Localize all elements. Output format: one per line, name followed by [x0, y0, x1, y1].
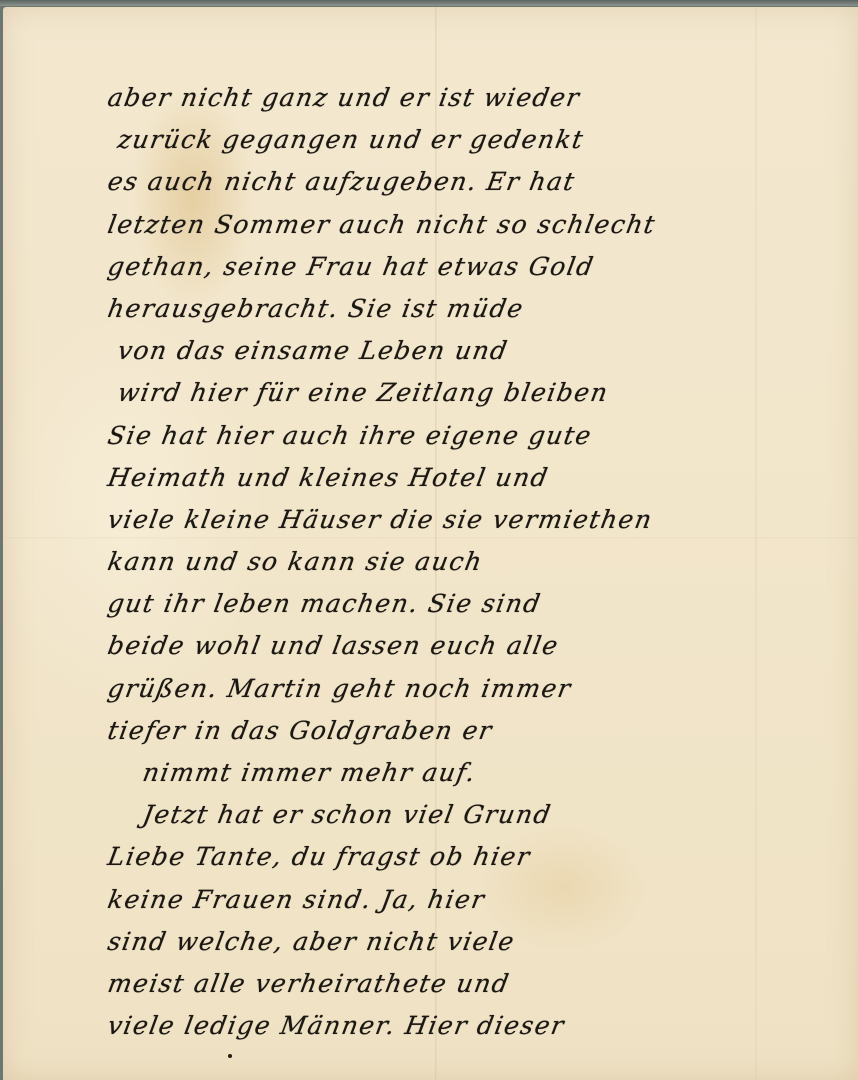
letter-line: Liebe Tante, du fragst ob hier: [104, 836, 841, 878]
letter-line: letzten Sommer auch nicht so schlecht: [104, 204, 841, 246]
letter-line: sind welche, aber nicht viele: [104, 921, 841, 963]
letter-line: viele kleine Häuser die sie vermiethen: [104, 499, 841, 541]
letter-line: zurück gegangen und er gedenkt: [104, 119, 841, 161]
letter-line: meist alle verheirathete und: [104, 963, 841, 1005]
letter-line: Heimath und kleines Hotel und: [104, 457, 841, 499]
letter-line: kann und so kann sie auch: [104, 541, 841, 583]
letter-line: gut ihr leben machen. Sie sind: [104, 583, 841, 625]
letter-line: gethan, seine Frau hat etwas Gold: [104, 246, 841, 288]
ink-spot: [228, 1054, 232, 1058]
letter-line: Sie hat hier auch ihre eigene gute: [104, 415, 841, 457]
letter-page: aber nicht ganz und er ist wieder zurück…: [3, 7, 858, 1080]
letter-line: tiefer in das Goldgraben er: [104, 710, 841, 752]
letter-line: nimmt immer mehr auf.: [104, 752, 841, 794]
letter-line: keine Frauen sind. Ja, hier: [104, 879, 841, 921]
scan-border: [0, 0, 858, 6]
letter-line: es auch nicht aufzugeben. Er hat: [104, 161, 841, 203]
letter-line: beide wohl und lassen euch alle: [104, 625, 841, 667]
letter-body: aber nicht ganz und er ist wieder zurück…: [108, 77, 838, 1047]
letter-line: viele ledige Männer. Hier dieser: [104, 1005, 841, 1047]
letter-line: grüßen. Martin geht noch immer: [104, 668, 841, 710]
letter-line: von das einsame Leben und: [104, 330, 841, 372]
letter-line: aber nicht ganz und er ist wieder: [104, 77, 841, 119]
letter-line: Jetzt hat er schon viel Grund: [104, 794, 841, 836]
letter-line: wird hier für eine Zeitlang bleiben: [104, 372, 841, 414]
letter-line: herausgebracht. Sie ist müde: [104, 288, 841, 330]
